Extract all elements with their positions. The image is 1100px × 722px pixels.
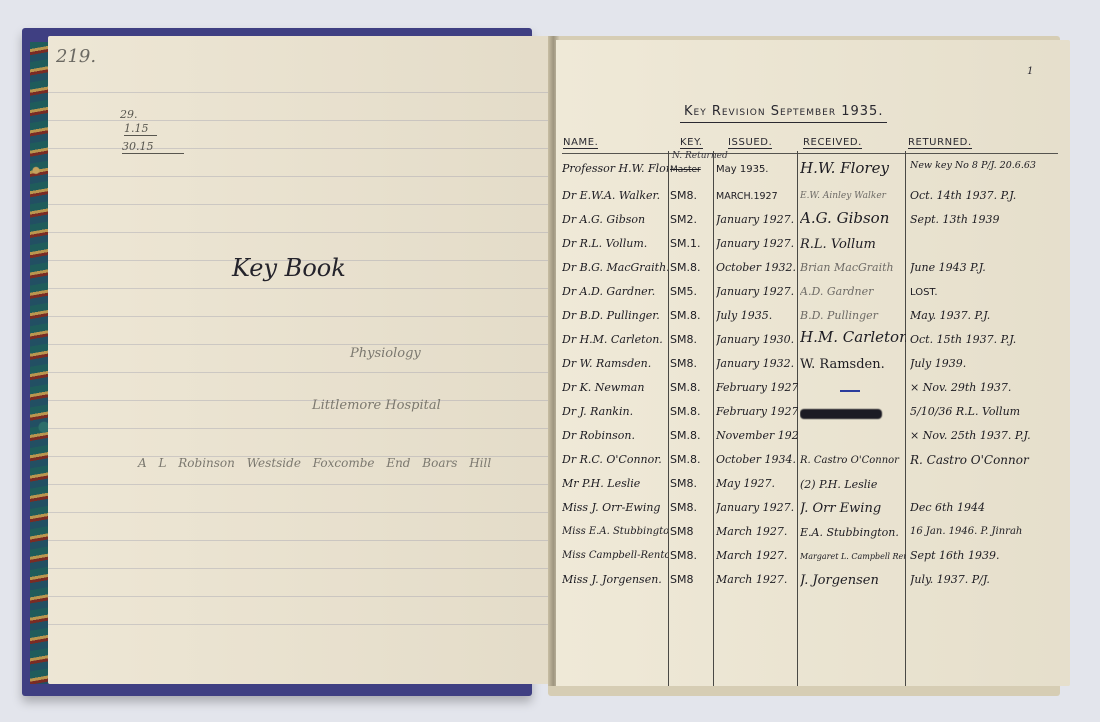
table-row: Miss J. Jorgensen. SM8 March 1927. J. Jo… [558,571,1058,595]
table-row: Dr B.G. MacGraith. SM.8. October 1932. B… [558,259,1058,283]
cell-returned: × Nov. 29th 1937. [910,381,1056,394]
column-header-issued: Issued. [728,137,772,148]
cell-issued: March 1927. [716,549,798,562]
cell-key: SM8 [670,525,714,538]
cell-received: J. Jorgensen [800,573,906,588]
open-notebook-photo: 219. 29. 1.15 30.15 Key Book Physiology … [0,0,1100,722]
cell-returned: June 1943 P.J. [910,261,1056,274]
cell-issued: February 1927. [716,405,798,418]
cell-issued: July 1935. [716,309,798,322]
cell-received: E.A. Stubbington. [800,526,906,539]
cell-key: SM.8. [670,261,714,274]
cell-returned: 5/10/36 R.L. Vollum [910,405,1056,418]
cell-received: H.M. Carleton [800,328,906,346]
cell-received: R. Castro O'Connor [800,455,906,466]
column-header-received: Received. [803,137,862,148]
marbled-endpaper [30,42,50,684]
table-row: Dr W. Ramsden. SM8. January 1932. W. Ram… [558,355,1058,379]
cell-received: W. Ramsden. [800,357,906,372]
column-header-returned: Returned. [908,137,972,148]
cell-issued: January 1927. [716,501,798,514]
header-rule [562,153,1058,154]
cell-name: Dr R.C. O'Connor. [562,453,668,466]
cell-received [800,381,906,396]
cell-key: SM.8. [670,381,714,394]
cell-key: SM8. [670,477,714,490]
cell-returned: Oct. 15th 1937. P.J. [910,333,1056,346]
cell-issued: January 1932. [716,357,798,370]
cell-key: SM5. [670,285,714,298]
notebook-title: Key Book [232,254,346,282]
cell-key: SM8 [670,573,714,586]
cell-received: B.D. Pullinger [800,309,906,322]
cell-name: Miss Campbell-Renton [562,550,668,561]
table-row: Miss E.A. Stubbington SM8 March 1927. E.… [558,523,1058,547]
cell-key: SM8. [670,357,714,370]
cell-key: SM.8. [670,405,714,418]
cell-received: Brian MacGraith [800,261,906,274]
cell-received: (2) P.H. Leslie [800,478,906,491]
cell-key: SM8. [670,333,714,346]
cell-issued: MARCH.1927 [716,191,798,202]
table-row: Dr J. Rankin. SM.8. February 1927. 5/10/… [558,403,1058,427]
cell-returned: LOST. [910,287,1056,298]
cell-issued: May 1935. [716,164,798,175]
cell-returned: × Nov. 25th 1937. P.J. [910,429,1056,442]
cell-issued: January 1930. [716,333,798,346]
cell-issued: February 1927 [716,381,798,394]
calc-result: 30.15 [122,140,184,154]
table-row: Miss Campbell-Renton SM8. March 1927. Ma… [558,547,1058,571]
cell-returned: R. Castro O'Connor [910,453,1056,467]
cell-name: Dr J. Rankin. [562,405,668,418]
cell-name: Dr H.M. Carleton. [562,333,668,346]
cell-received: R.L. Vollum [800,237,906,252]
cell-name: Miss E.A. Stubbington [562,526,668,537]
address-note: A L Robinson Westside Foxcombe End Boars… [138,456,491,470]
cell-returned: May. 1937. P.J. [910,309,1056,322]
cell-name: Dr A.D. Gardner. [562,285,668,298]
cell-received: J. Orr Ewing [800,501,906,516]
table-row: Mr P.H. Leslie SM8. May 1927. (2) P.H. L… [558,475,1058,499]
table-row: Dr R.C. O'Connor. SM.8. October 1934. R.… [558,451,1058,475]
cell-name: Dr Robinson. [562,429,668,442]
cell-name: Dr B.D. Pullinger. [562,309,668,322]
cell-received-scribbled [800,405,906,423]
table-row: Dr K. Newman SM.8. February 1927 × Nov. … [558,379,1058,403]
cell-key: SM8. [670,189,714,202]
cell-returned: Dec 6th 1944 [910,501,1056,514]
calc-line-1: 29. [120,108,138,121]
cell-key: SM.8. [670,309,714,322]
table-row: Dr A.G. Gibson SM2. January 1927. A.G. G… [558,211,1058,235]
table-row: Professor H.W. Florey Master May 1935. H… [558,160,1058,184]
cell-issued: January 1927. [716,237,798,250]
hospital-note: Littlemore Hospital [312,398,441,413]
cell-received: E.W. Ainley Walker [800,191,906,201]
table-row: Dr B.D. Pullinger. SM.8. July 1935. B.D.… [558,307,1058,331]
page-number: 219. [56,46,96,67]
cell-name: Miss J. Jorgensen. [562,573,668,586]
column-header-name: Name. [563,137,598,148]
table-row: Dr R.L. Vollum. SM.1. January 1927. R.L.… [558,235,1058,259]
cell-name: Dr E.W.A. Walker. [562,189,668,202]
cell-returned: July. 1937. P/J. [910,573,1056,586]
table-row: Miss J. Orr-Ewing SM8. January 1927. J. … [558,499,1058,523]
column-header-key: Key. [680,137,703,148]
cell-received: H.W. Florey [800,159,906,177]
cell-issued: January 1927. [716,213,798,226]
cell-received: Margaret L. Campbell Renton [800,552,906,561]
cell-name: Dr B.G. MacGraith. [562,261,668,274]
cell-name: Dr R.L. Vollum. [562,237,668,250]
cell-returned: Oct. 14th 1937. P.J. [910,189,1056,202]
cell-issued: January 1927. [716,285,798,298]
cell-issued: November 1927 [716,429,798,442]
cell-name: Dr W. Ramsden. [562,357,668,370]
cell-issued: October 1932. [716,261,798,274]
cell-issued: May 1927. [716,477,798,490]
cell-name: Dr K. Newman [562,381,668,394]
cell-key: SM.1. [670,237,714,250]
cell-returned: Sept. 13th 1939 [910,213,1056,226]
scribble-mark [800,409,882,419]
cell-key: SM2. [670,213,714,226]
cell-key: SM8. [670,549,714,562]
table-row: Dr E.W.A. Walker. SM8. MARCH.1927 E.W. A… [558,187,1058,211]
cell-name: Professor H.W. Florey [562,162,668,175]
cell-issued: March 1927. [716,525,798,538]
cell-key: Master [670,165,714,175]
cell-name: Mr P.H. Leslie [562,477,668,490]
ledger-heading: Key Revision September 1935. [680,104,887,123]
cell-key: SM.8. [670,453,714,466]
cell-received: A.D. Gardner [800,285,906,298]
blue-dash-mark [840,390,860,392]
table-row: Dr A.D. Gardner. SM5. January 1927. A.D.… [558,283,1058,307]
cell-returned: July 1939. [910,357,1056,370]
table-row: Dr H.M. Carleton. SM8. January 1930. H.M… [558,331,1058,355]
cell-name: Dr A.G. Gibson [562,213,668,226]
cell-key: SM8. [670,501,714,514]
calc-line-2: 1.15 [124,122,157,136]
cell-returned: Sept 16th 1939. [910,549,1056,562]
table-row: Dr Robinson. SM.8. November 1927 × Nov. … [558,427,1058,451]
cell-returned: New key No 8 P/J. 20.6.63 [910,160,1056,171]
corner-mark: 1 [1027,66,1033,77]
cell-key: SM.8. [670,429,714,442]
department-note: Physiology [350,346,421,361]
cell-issued: October 1934. [716,453,798,466]
cell-name: Miss J. Orr-Ewing [562,501,668,514]
cell-returned: 16 Jan. 1946. P. Jinrah [910,526,1056,537]
cell-issued: March 1927. [716,573,798,586]
cell-received: A.G. Gibson [800,209,906,227]
